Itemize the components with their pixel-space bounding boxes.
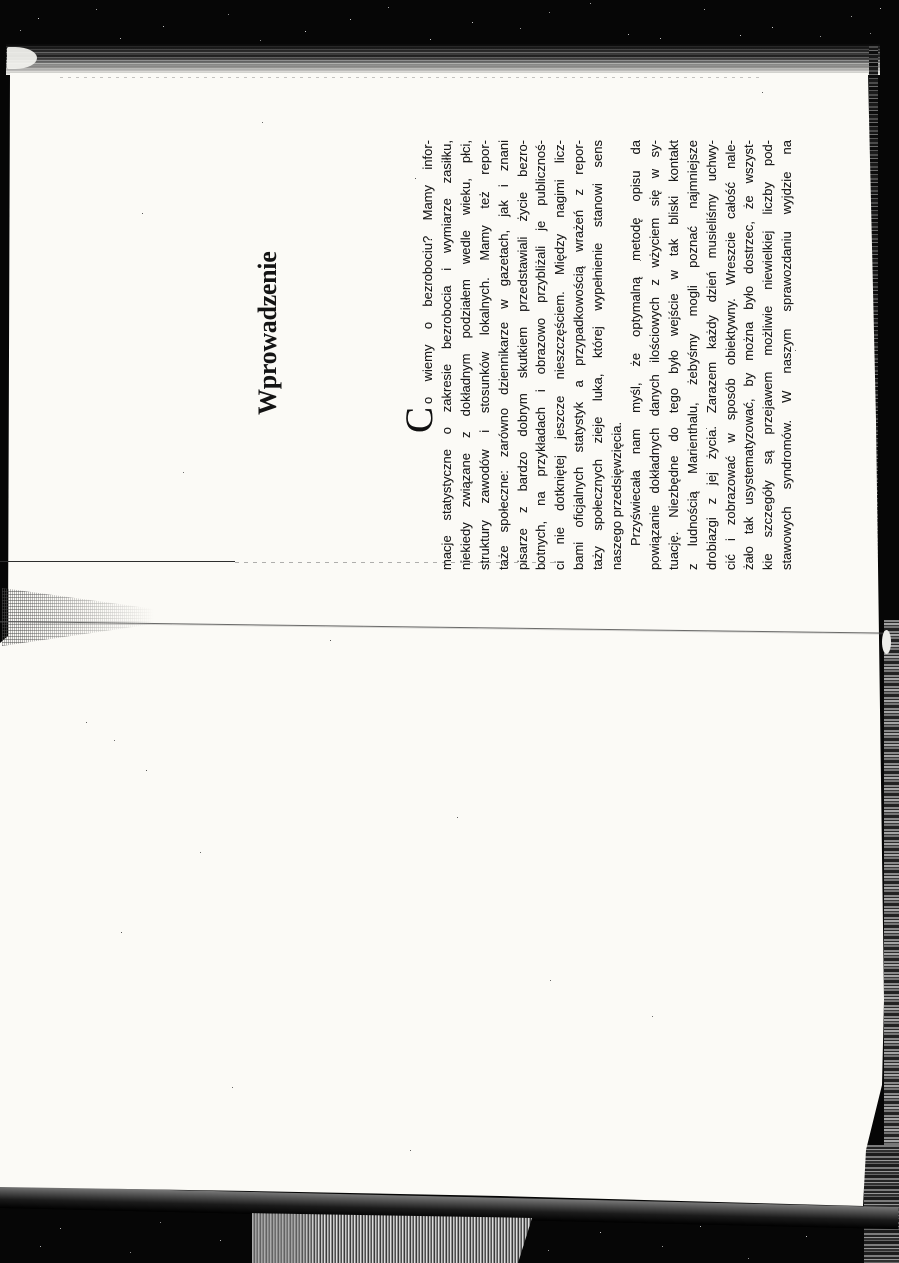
text-line: taże społeczne: zarówno dziennikarze w g… [495, 140, 514, 570]
text-line: macje statystyczne o zakresie bezrobocia… [438, 140, 457, 570]
scanned-book-spread: Wprowadzenie Co wiemy o bezrobociu? Mamy… [0, 0, 899, 1263]
text-line: botnych, na przykładach i obrazowo przyb… [532, 140, 551, 570]
text-line: naszego przedsięwzięcia. [608, 140, 627, 570]
text-line: stawowych syndromów. W naszym sprawozdan… [778, 140, 797, 570]
page-ink-specks [0, 0, 1, 1]
paragraph-2: Przyświecała nam myśl, że optymalną meto… [627, 140, 797, 570]
book-top-edge-streaks [6, 44, 880, 75]
book-side-edge-lower [884, 620, 899, 1150]
text-line: tuację. Niezbędne do tego było wejście w… [665, 140, 684, 570]
book-fore-edge-stripes [252, 1210, 532, 1263]
text-line: kie szczegóły są przejawem możliwie niew… [759, 140, 778, 570]
text-line: Przyświecała nam myśl, że optymalną meto… [627, 140, 646, 570]
text-line: struktury zawodów i stosunków lokalnych.… [476, 140, 495, 570]
text-line: żało tak usystematyzować, by można było … [740, 140, 759, 570]
text-line: bami oficjalnych statystyk a przypadkowo… [570, 140, 589, 570]
text-line: pisarze z bardzo dobrym skutkiem przedst… [514, 140, 533, 570]
text-line: drobiazgi z jej życia. Zarazem każdy dzi… [703, 140, 722, 570]
text-line: niekiedy związane z dokładnym podziałem … [457, 140, 476, 570]
text-line: taży społecznych zieje luka, której wype… [589, 140, 608, 570]
text-line: cić i zobrazować w sposób obiektywny. Wr… [722, 140, 741, 570]
text-line: ci nie dotkniętej jeszcze nieszczęściem.… [551, 140, 570, 570]
chapter-title: Wprowadzenie [252, 252, 284, 415]
paragraph-1-first-line-text: o wiemy o bezrobociu? Mamy infor- [420, 140, 435, 404]
paragraph-1: Co wiemy o bezrobociu? Mamy infor- macje… [419, 140, 627, 570]
raised-initial-letter: C [398, 407, 441, 433]
rotated-page-content: Wprowadzenie Co wiemy o bezrobociu? Mamy… [0, 72, 884, 1200]
text-line: powiązanie dokładnych danych ilościowych… [646, 140, 665, 570]
paragraph-1-first-line: Co wiemy o bezrobociu? Mamy infor- [419, 140, 438, 570]
body-text: Co wiemy o bezrobociu? Mamy infor- macje… [419, 140, 797, 570]
text-line: z ludnością Marienthalu, żebyśmy mogli p… [684, 140, 703, 570]
